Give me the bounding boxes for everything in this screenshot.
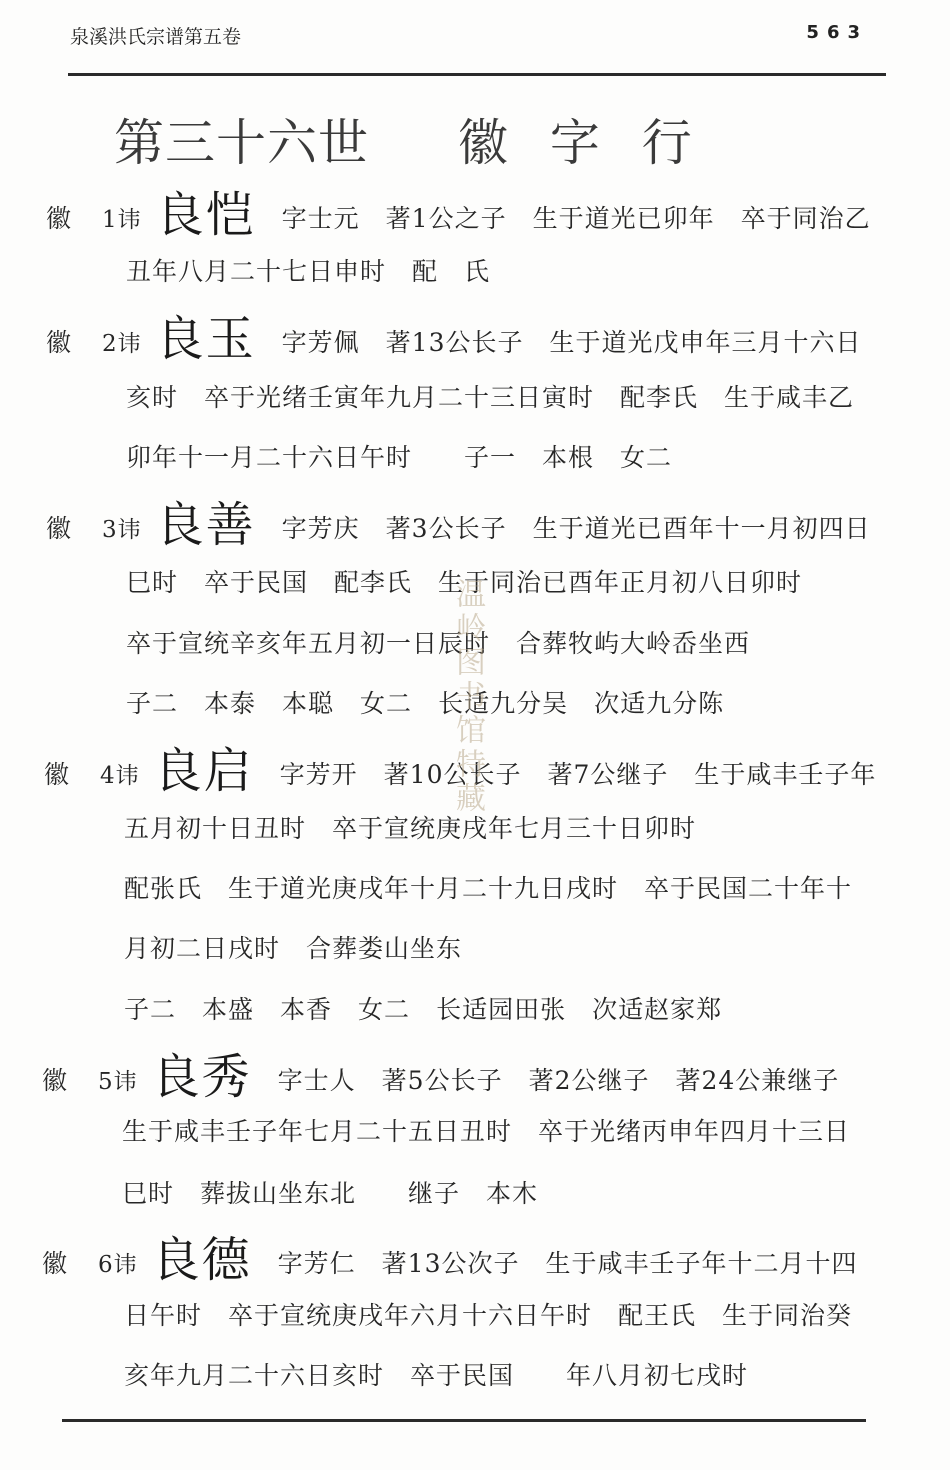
text-segment: 本聪 xyxy=(282,689,334,718)
text-segment: 本根 xyxy=(542,443,594,472)
entry-number: 5讳 xyxy=(98,1063,138,1096)
entry-5-line-2: 生于咸丰壬子年七月二十五日丑时卒于光绪丙申年四月十三日 xyxy=(122,1112,850,1148)
text-segment: 女二 xyxy=(358,995,410,1024)
text-segment: 生于同治癸 xyxy=(722,1301,852,1330)
text-segment: 继子 xyxy=(382,1179,460,1208)
text-segment: 月初二日戌时 xyxy=(124,934,280,963)
entry-4-line-3: 配张氏生于道光庚戌年十月二十九日戌时卒于民国二十年十 xyxy=(124,869,852,905)
entry-4-line-5: 子二本盛本香女二长适园田张次适赵家郑 xyxy=(124,990,722,1026)
text-segment: 生于咸丰乙 xyxy=(724,383,854,412)
text-segment: 日午时 xyxy=(124,1301,202,1330)
text-segment: 女二 xyxy=(620,443,672,472)
text-segment: 本泰 xyxy=(204,689,256,718)
text-segment: 卒于光绪壬寅年九月二十三日寅时 xyxy=(204,383,594,412)
running-head: 泉溪洪氏宗谱第五卷 xyxy=(70,22,241,49)
generation-mark: 徽 xyxy=(42,1244,98,1280)
text-segment: 字芳佩 xyxy=(282,328,360,357)
generation-name: 第三十六世 xyxy=(114,114,369,172)
entry-3-line-3: 卒于宣统辛亥年五月初一日辰时合葬牧屿大岭岙坐西 xyxy=(126,624,750,660)
text-segment: 本木 xyxy=(486,1179,538,1208)
text-segment: 合葬娄山坐东 xyxy=(306,934,462,963)
generation-char: 徽 xyxy=(458,114,509,172)
entry-3-line-2: 巳时卒于民国配李氏生于同治已酉年正月初八日卯时 xyxy=(126,563,802,599)
text-segment: 本盛 xyxy=(202,995,254,1024)
text-segment: 次适九分陈 xyxy=(594,689,724,718)
entry-5-line-3: 巳时葬拔山坐东北 继子本木 xyxy=(122,1174,538,1210)
text-segment: 子二 xyxy=(126,689,178,718)
given-name: 良恺 xyxy=(156,187,256,243)
text-segment: 著13公次子 xyxy=(382,1249,520,1278)
text-segment: 配张氏 xyxy=(124,874,202,903)
entry-number: 3讳 xyxy=(102,511,142,544)
given-name: 良启 xyxy=(154,743,254,799)
text-segment: 著5公长子 xyxy=(382,1066,503,1095)
entry-number: 4讳 xyxy=(100,757,140,790)
text-segment: 子二 xyxy=(124,995,176,1024)
generation-mark: 徽 xyxy=(44,755,100,791)
generation-char: 字 xyxy=(550,114,601,172)
text-segment: 卒于宣统辛亥年五月初一日辰时 xyxy=(126,629,490,658)
text-segment: 本香 xyxy=(280,995,332,1024)
entry-4-head: 徽4讳良启字芳开著10公长子著7公继子生于咸丰壬子年 xyxy=(44,732,876,801)
given-name: 良秀 xyxy=(152,1049,252,1105)
entry-2-head: 徽2讳良玉字芳佩著13公长子生于道光戊申年三月十六日 xyxy=(46,300,862,369)
entry-1-head: 徽1讳良恺字士元著1公之子生于道光已卯年卒于同治乙 xyxy=(46,176,871,245)
entry-6-head: 徽6讳良德字芳仁著13公次子生于咸丰壬子年十二月十四 xyxy=(42,1221,858,1290)
entry-number: 6讳 xyxy=(98,1246,138,1279)
page-number: 563 xyxy=(806,22,868,43)
given-name: 良玉 xyxy=(156,311,256,367)
footer-rule xyxy=(62,1419,866,1422)
text-segment: 卒于民国二十年十 xyxy=(644,874,852,903)
text-segment: 著7公继子 xyxy=(547,760,668,789)
text-segment: 字芳庆 xyxy=(282,514,360,543)
text-segment: 字士元 xyxy=(282,204,360,233)
entry-5-head: 徽5讳良秀字士人著5公长子著2公继子著24公兼继子 xyxy=(42,1038,839,1107)
text-segment: 亥年九月二十六日亥时 xyxy=(124,1361,384,1390)
text-segment: 著24公兼继子 xyxy=(675,1066,839,1095)
entry-number: 1讳 xyxy=(102,201,142,234)
entry-3-head: 徽3讳良善字芳庆著3公长子生于道光已酉年十一月初四日 xyxy=(46,486,871,555)
text-segment: 著13公长子 xyxy=(386,328,524,357)
entry-4-line-4: 月初二日戌时合葬娄山坐东 xyxy=(124,929,462,965)
generation-mark: 徽 xyxy=(42,1061,98,1097)
text-segment: 卒于民国 xyxy=(204,568,308,597)
text-segment: 生于咸丰壬子年 xyxy=(694,760,876,789)
text-segment: 字芳开 xyxy=(280,760,358,789)
text-segment: 生于道光已卯年 xyxy=(533,204,715,233)
text-segment: 字士人 xyxy=(278,1066,356,1095)
text-segment: 卯年十一月二十六日午时 xyxy=(126,443,412,472)
text-segment: 女二 xyxy=(360,689,412,718)
given-name: 良德 xyxy=(152,1232,252,1288)
text-segment: 年八月初七戌时 xyxy=(540,1361,748,1390)
text-segment: 长适园田张 xyxy=(436,995,566,1024)
generation-mark: 徽 xyxy=(46,323,102,359)
text-segment: 著3公长子 xyxy=(386,514,507,543)
entry-1-line-2: 丑年八月二十七日申时配 氏 xyxy=(126,252,490,288)
text-segment: 著1公之子 xyxy=(386,204,507,233)
text-segment: 字芳仁 xyxy=(278,1249,356,1278)
text-segment: 次适赵家郑 xyxy=(592,995,722,1024)
text-segment: 配李氏 xyxy=(620,383,698,412)
text-segment: 五月初十日丑时 xyxy=(124,814,306,843)
generation-mark: 徽 xyxy=(46,509,102,545)
text-segment: 巳时 xyxy=(126,568,178,597)
text-segment: 丑年八月二十七日申时 xyxy=(126,257,386,286)
text-segment: 葬拔山坐东北 xyxy=(200,1179,356,1208)
entry-6-line-3: 亥年九月二十六日亥时卒于民国 年八月初七戌时 xyxy=(124,1356,748,1392)
text-segment: 著10公长子 xyxy=(384,760,522,789)
text-segment: 卒于同治乙 xyxy=(741,204,871,233)
entry-4-line-2: 五月初十日丑时卒于宣统庚戌年七月三十日卯时 xyxy=(124,809,696,845)
entry-3-line-4: 子二本泰本聪女二长适九分吴次适九分陈 xyxy=(126,684,724,720)
text-segment: 生于道光已酉年十一月初四日 xyxy=(533,514,871,543)
text-segment: 长适九分吴 xyxy=(438,689,568,718)
text-segment: 生于同治已酉年正月初八日卯时 xyxy=(438,568,802,597)
generation-char: 行 xyxy=(642,114,693,172)
entry-number: 2讳 xyxy=(102,325,142,358)
text-segment: 配 氏 xyxy=(412,257,490,286)
generation-mark: 徽 xyxy=(46,199,102,235)
entry-6-line-2: 日午时卒于宣统庚戌年六月十六日午时配王氏生于同治癸 xyxy=(124,1296,852,1332)
text-segment: 合葬牧屿大岭岙坐西 xyxy=(516,629,750,658)
text-segment: 亥时 xyxy=(126,383,178,412)
header-rule xyxy=(68,73,886,76)
text-segment: 著2公继子 xyxy=(529,1066,650,1095)
entry-2-line-2: 亥时卒于光绪壬寅年九月二十三日寅时配李氏生于咸丰乙 xyxy=(126,378,854,414)
text-segment: 配李氏 xyxy=(334,568,412,597)
generation-title: 第三十六世 徽 字 行 xyxy=(114,103,717,175)
text-segment: 巳时 xyxy=(122,1179,174,1208)
text-segment: 生于咸丰壬子年十二月十四 xyxy=(545,1249,857,1278)
text-segment: 卒于宣统庚戌年七月三十日卯时 xyxy=(332,814,696,843)
entry-2-line-3: 卯年十一月二十六日午时 子一本根女二 xyxy=(126,438,672,474)
text-segment: 卒于光绪丙申年四月十三日 xyxy=(538,1117,850,1146)
text-segment: 生于道光戊申年三月十六日 xyxy=(549,328,861,357)
text-segment: 生于咸丰壬子年七月二十五日丑时 xyxy=(122,1117,512,1146)
text-segment: 生于道光庚戌年十月二十九日戌时 xyxy=(228,874,618,903)
text-segment: 卒于宣统庚戌年六月十六日午时 xyxy=(228,1301,592,1330)
genealogy-page: 泉溪洪氏宗谱第五卷 563 第三十六世 徽 字 行 徽1讳良恺字士元著1公之子生… xyxy=(0,0,950,1470)
text-segment: 卒于民国 xyxy=(410,1361,514,1390)
text-segment: 子一 xyxy=(438,443,516,472)
text-segment: 配王氏 xyxy=(618,1301,696,1330)
given-name: 良善 xyxy=(156,497,256,553)
